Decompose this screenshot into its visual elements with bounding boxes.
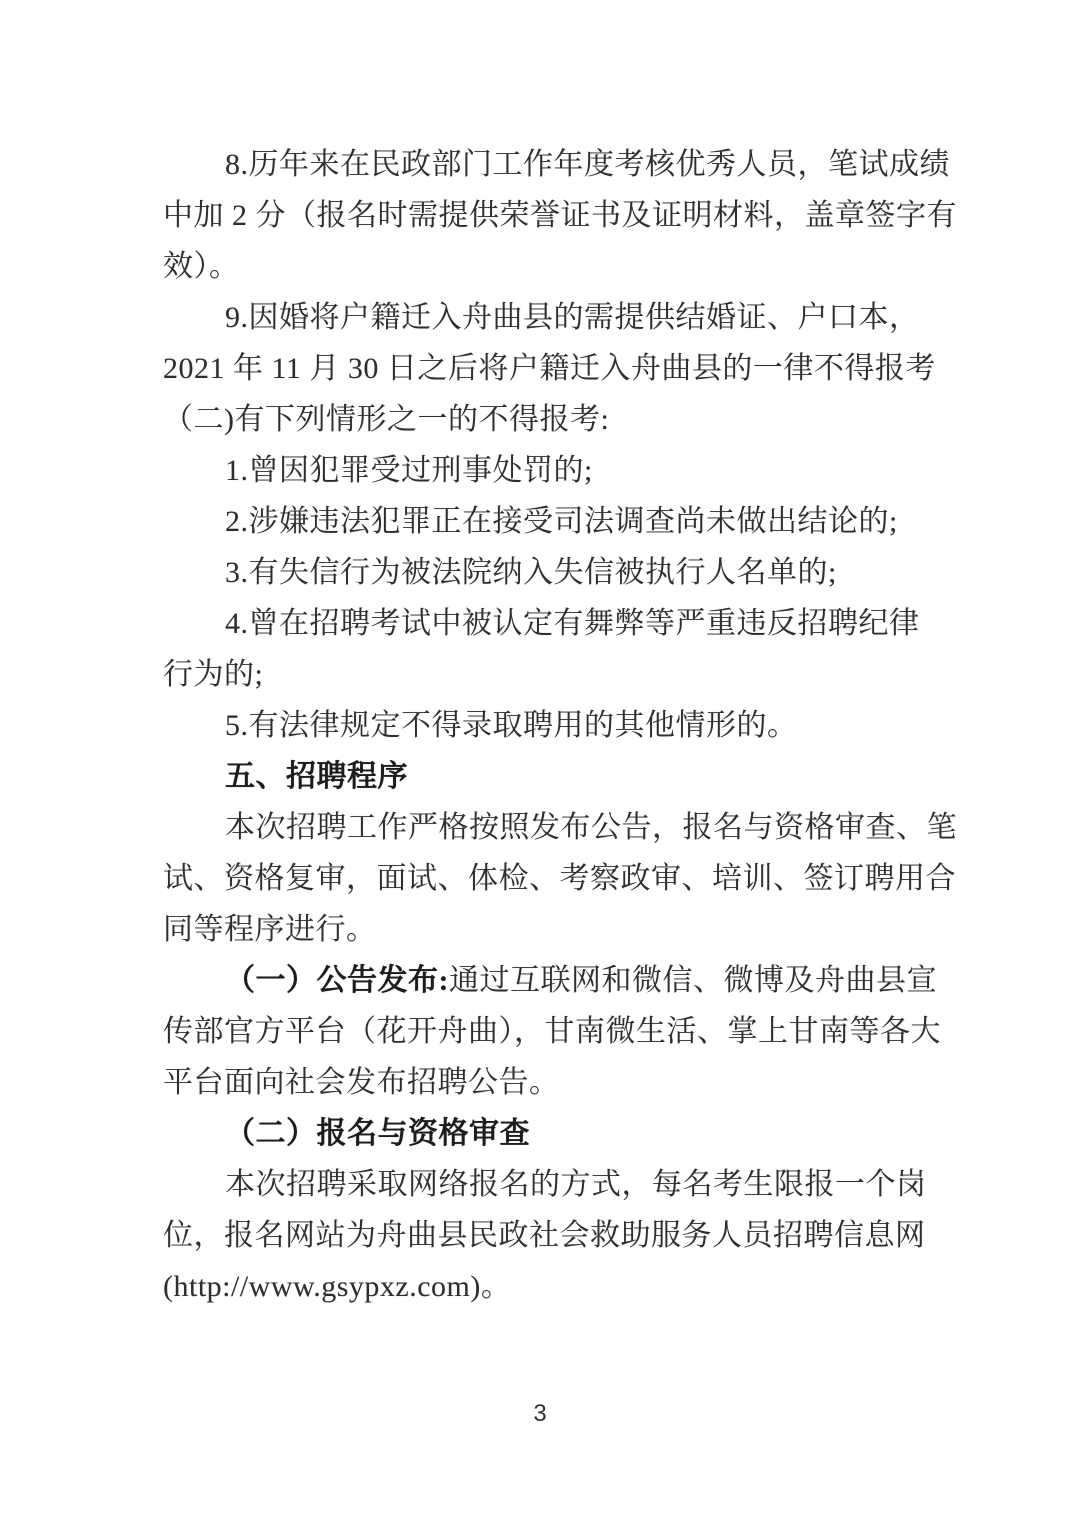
document-line: （二）报名与资格审查: [163, 1108, 953, 1159]
document-line: 2.涉嫌违法犯罪正在接受司法调查尚未做出结论的;: [163, 496, 953, 547]
document-line: 传部官方平台（花开舟曲），甘南微生活、掌上甘南等各大: [163, 1006, 953, 1057]
document-body: 8.历年来在民政部门工作年度考核优秀人员，笔试成绩中加 2 分（报名时需提供荣誉…: [163, 139, 953, 1312]
line-bold-prefix: （一）公告发布:: [225, 964, 449, 997]
line-text: 2.涉嫌违法犯罪正在接受司法调查尚未做出结论的;: [225, 505, 898, 538]
document-line: 行为的;: [163, 649, 953, 700]
line-text: 中加 2 分（报名时需提供荣誉证书及证明材料，盖章签字有: [163, 199, 957, 232]
line-text: 通过互联网和微信、微博及舟曲县宣: [449, 964, 937, 997]
document-line: 位，报名网站为舟曲县民政社会救助服务人员招聘信息网: [163, 1210, 953, 1261]
line-text: 传部官方平台（花开舟曲），甘南微生活、掌上甘南等各大: [163, 1015, 941, 1048]
document-line: 效）。: [163, 241, 953, 292]
page-number: 3: [0, 1398, 1080, 1430]
document-line: 同等程序进行。: [163, 904, 953, 955]
line-text: 1.曾因犯罪受过刑事处罚的;: [225, 454, 593, 487]
document-line: 试、资格复审，面试、体检、考察政审、培训、签订聘用合: [163, 853, 953, 904]
line-text: 平台面向社会发布招聘公告。: [163, 1066, 560, 1099]
line-text: 8.历年来在民政部门工作年度考核优秀人员，笔试成绩: [225, 148, 950, 181]
document-line: 8.历年来在民政部门工作年度考核优秀人员，笔试成绩: [163, 139, 953, 190]
line-text: （二)有下列情形之一的不得报考:: [163, 403, 609, 436]
line-text: 效）。: [163, 250, 240, 283]
line-text: 本次招聘采取网络报名的方式，每名考生限报一个岗: [225, 1168, 927, 1201]
line-text: 2021 年 11 月 30 日之后将户籍迁入舟曲县的一律不得报考: [163, 352, 936, 385]
document-line: 本次招聘采取网络报名的方式，每名考生限报一个岗: [163, 1159, 953, 1210]
document-line: (http://www.gsypxz.com)。: [163, 1261, 953, 1312]
line-text: 5.有法律规定不得录取聘用的其他情形的。: [225, 709, 798, 742]
line-text: 9.因婚将户籍迁入舟曲县的需提供结婚证、户口本，: [225, 301, 920, 334]
document-line: 五、招聘程序: [163, 751, 953, 802]
line-text: 同等程序进行。: [163, 913, 377, 946]
document-line: 1.曾因犯罪受过刑事处罚的;: [163, 445, 953, 496]
line-text: 行为的;: [163, 658, 263, 691]
line-text: 4.曾在招聘考试中被认定有舞弊等严重违反招聘纪律: [225, 607, 920, 640]
document-line: （一）公告发布:通过互联网和微信、微博及舟曲县宣: [163, 955, 953, 1006]
document-line: 中加 2 分（报名时需提供荣誉证书及证明材料，盖章签字有: [163, 190, 953, 241]
document-line: （二)有下列情形之一的不得报考:: [163, 394, 953, 445]
document-line: 3.有失信行为被法院纳入失信被执行人名单的;: [163, 547, 953, 598]
line-text: 五、招聘程序: [225, 760, 408, 793]
document-line: 2021 年 11 月 30 日之后将户籍迁入舟曲县的一律不得报考: [163, 343, 953, 394]
document-page: 8.历年来在民政部门工作年度考核优秀人员，笔试成绩中加 2 分（报名时需提供荣誉…: [0, 0, 1080, 1526]
document-line: 平台面向社会发布招聘公告。: [163, 1057, 953, 1108]
document-line: 9.因婚将户籍迁入舟曲县的需提供结婚证、户口本，: [163, 292, 953, 343]
line-text: 本次招聘工作严格按照发布公告，报名与资格审查、笔: [225, 811, 957, 844]
document-line: 本次招聘工作严格按照发布公告，报名与资格审查、笔: [163, 802, 953, 853]
document-line: 5.有法律规定不得录取聘用的其他情形的。: [163, 700, 953, 751]
line-text: 试、资格复审，面试、体检、考察政审、培训、签订聘用合: [163, 862, 956, 895]
line-text: (http://www.gsypxz.com)。: [163, 1270, 511, 1303]
line-text: 3.有失信行为被法院纳入失信被执行人名单的;: [225, 556, 837, 589]
line-text: 位，报名网站为舟曲县民政社会救助服务人员招聘信息网: [163, 1219, 926, 1252]
document-line: 4.曾在招聘考试中被认定有舞弊等严重违反招聘纪律: [163, 598, 953, 649]
line-text: （二）报名与资格审查: [225, 1117, 530, 1150]
